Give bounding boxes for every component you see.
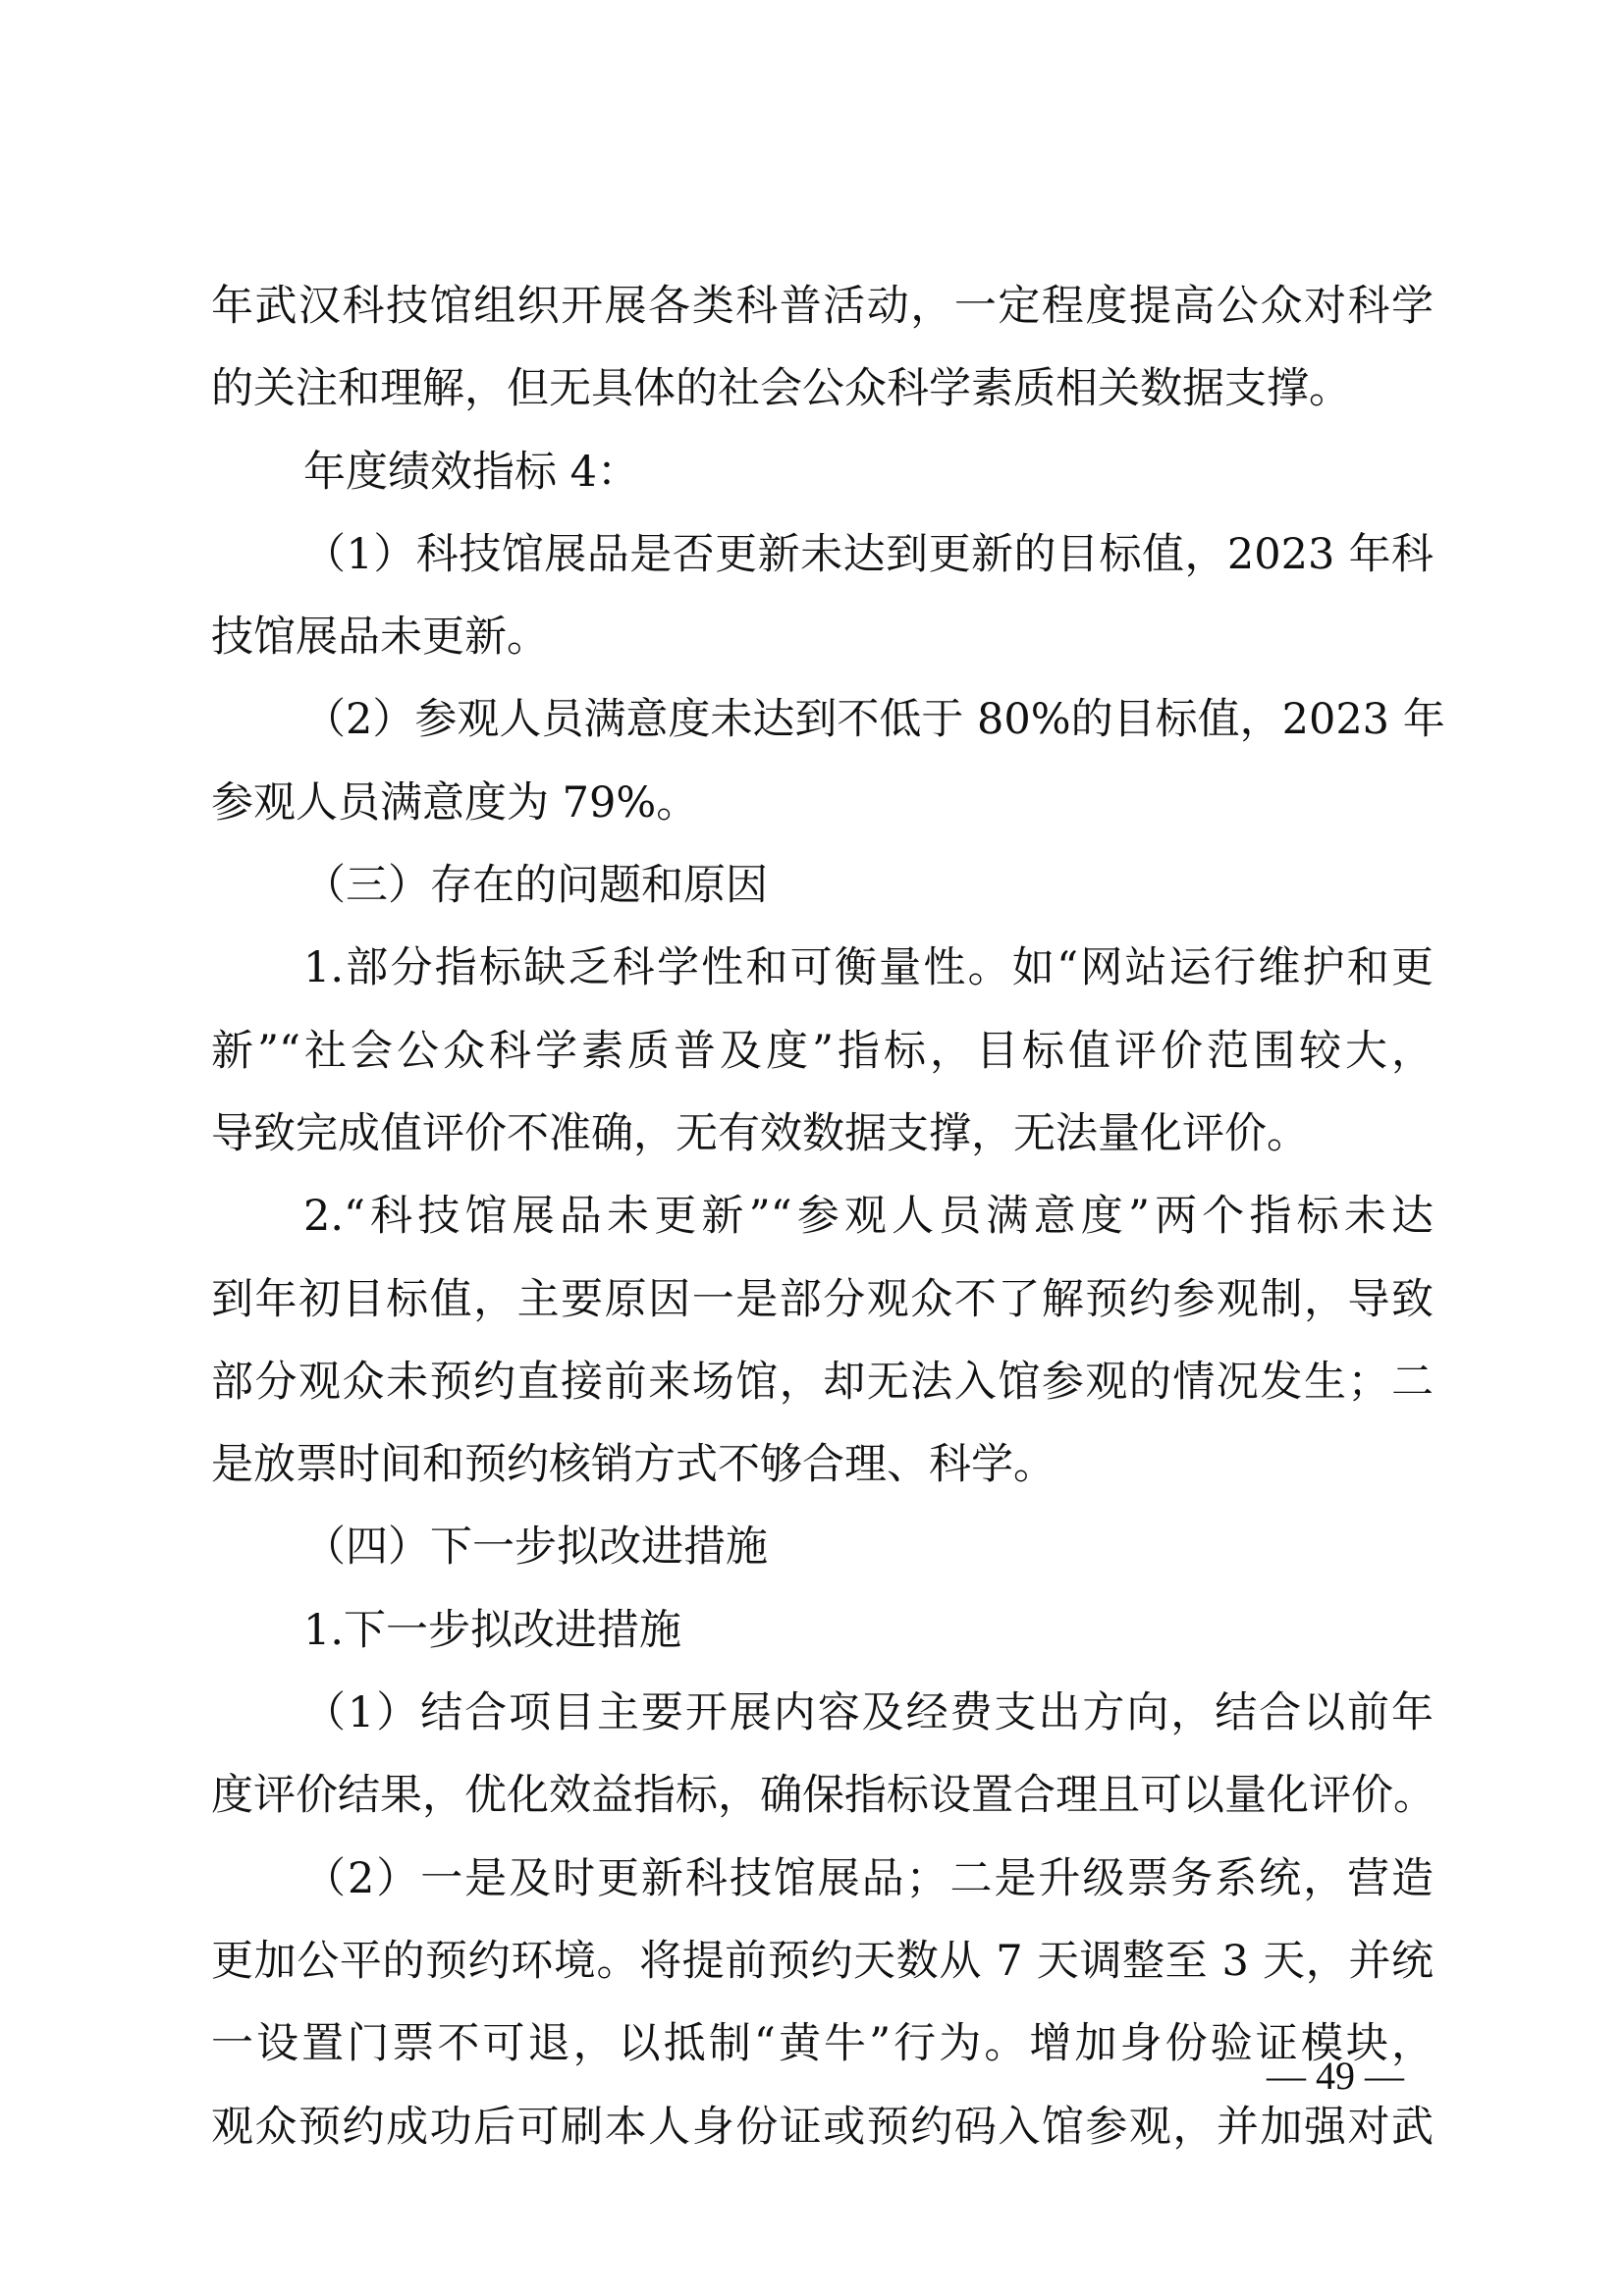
paragraph-line: （1）结合项目主要开展内容及经费支出方向，结合以前年 [211, 1672, 1434, 1754]
document-body: 年武汉科技馆组织开展各类科普活动，一定程度提高公众对科学 的关注和理解，但无具体… [211, 265, 1434, 2168]
paragraph-line: 部分观众未预约直接前来场馆，却无法入馆参观的情况发生；二 [211, 1341, 1434, 1423]
paragraph-line: 度评价结果，优化效益指标，确保指标设置合理且可以量化评价。 [211, 1754, 1434, 1837]
section-heading-problems: （三）存在的问题和原因 [211, 844, 1434, 927]
indicator-label: 年度绩效指标 4： [211, 431, 1434, 513]
paragraph-line: 的关注和理解，但无具体的社会公众科学素质相关数据支撑。 [211, 347, 1434, 430]
paragraph-line: （1）科技馆展品是否更新未达到更新的目标值，2023 年科 [211, 513, 1434, 596]
paragraph-line: 年武汉科技馆组织开展各类科普活动，一定程度提高公众对科学 [211, 265, 1434, 347]
paragraph-line: 技馆展品未更新。 [211, 596, 1434, 678]
paragraph-line: （2）参观人员满意度未达到不低于 80%的目标值，2023 年 [211, 678, 1434, 761]
paragraph-line: 新”“社会公众科学素质普及度”指标，目标值评价范围较大， [211, 1010, 1434, 1093]
paragraph-line: 是放票时间和预约核销方式不够合理、科学。 [211, 1423, 1434, 1506]
section-heading-improvements: （四）下一步拟改进措施 [211, 1506, 1434, 1588]
paragraph-line: 2.“科技馆展品未更新”“参观人员满意度”两个指标未达 [211, 1175, 1434, 1257]
subsection-heading: 1.下一步拟改进措施 [211, 1589, 1434, 1672]
paragraph-line: 到年初目标值，主要原因一是部分观众不了解预约参观制，导致 [211, 1258, 1434, 1341]
paragraph-line: 1.部分指标缺乏科学性和可衡量性。如“网站运行维护和更 [211, 927, 1434, 1009]
paragraph-line: （2）一是及时更新科技馆展品；二是升级票务系统，营造 [211, 1838, 1434, 1920]
paragraph-line: 导致完成值评价不准确，无有效数据支撑，无法量化评价。 [211, 1093, 1434, 1175]
paragraph-line: 参观人员满意度为 79%。 [211, 762, 1434, 844]
page-number: — 49 — [1237, 2047, 1434, 2106]
paragraph-line: 更加公平的预约环境。将提前预约天数从 7 天调整至 3 天，并统 [211, 1920, 1434, 2002]
